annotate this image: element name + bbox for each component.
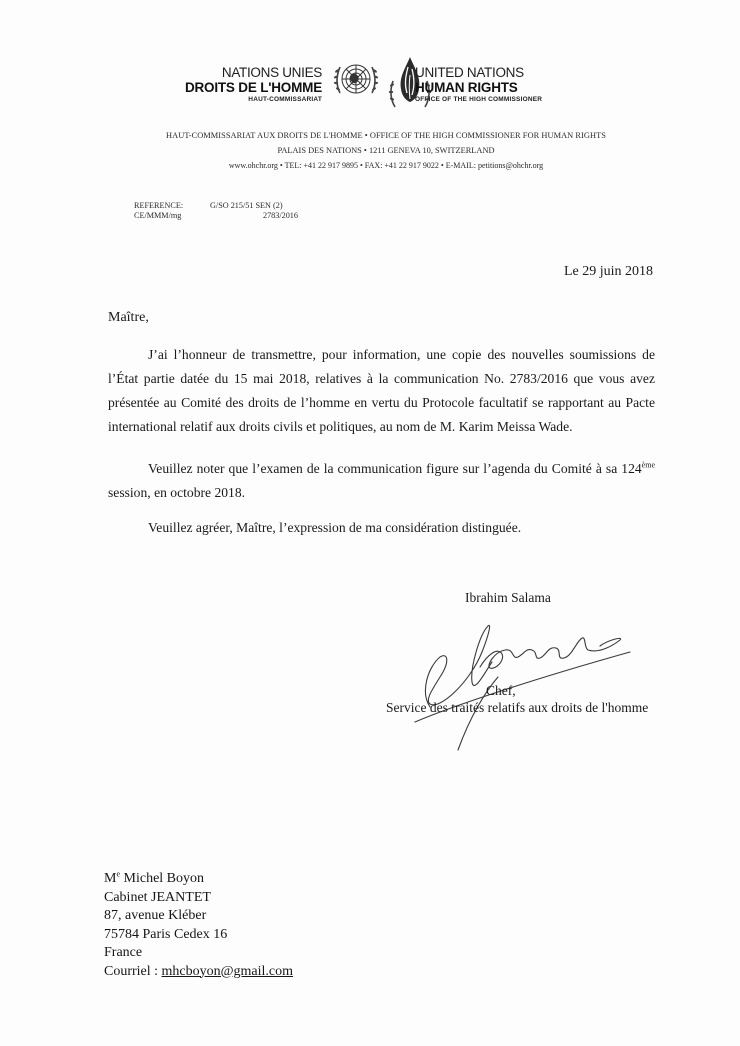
letterhead-en-line1: UNITED NATIONS [415, 66, 542, 80]
letterhead-en-line3: OFFICE OF THE HIGH COMMISSIONER [415, 97, 542, 104]
handwritten-signature-icon [410, 612, 650, 757]
signer-title: Chef, [486, 683, 516, 699]
reference-code: G/SO 215/51 SEN (2) [210, 201, 298, 211]
paragraph-2-text-end: session, en octobre 2018. [108, 485, 245, 500]
reference-initials: CE/MMM/mg [134, 211, 183, 221]
addressee-email-line: Courriel : mhcboyon@gmail.com [104, 963, 293, 982]
ordinal-suffix: ème [642, 460, 655, 469]
body-paragraph-3: Veuillez agréer, Maître, l’expression de… [108, 516, 655, 540]
addressee-country: France [104, 944, 293, 963]
letterhead-fr-line1: NATIONS UNIES [185, 66, 322, 80]
addressee-street: 87, avenue Kléber [104, 907, 293, 926]
salutation: Maître, [108, 310, 149, 326]
office-name: HAUT-COMMISSARIAT AUX DROITS DE L'HOMME … [0, 131, 740, 140]
addressee-name: Me Michel Boyon [104, 870, 293, 889]
addressee-firm: Cabinet JEANTET [104, 889, 293, 908]
letter-page: NATIONS UNIES DROITS DE L'HOMME HAUT-COM… [0, 0, 740, 1046]
signer-name: Ibrahim Salama [465, 590, 551, 606]
addressee-block: Me Michel Boyon Cabinet JEANTET 87, aven… [104, 870, 293, 981]
paragraph-2-text: Veuillez noter que l’examen de la commun… [148, 461, 642, 476]
reference-label: REFERENCE: [134, 201, 183, 211]
letterhead-en-line2: HUMAN RIGHTS [415, 81, 542, 95]
letterhead-fr-line2: DROITS DE L'HOMME [185, 81, 322, 95]
office-contact: www.ohchr.org • TEL: +41 22 917 9895 • F… [0, 161, 740, 170]
reference-labels: REFERENCE: CE/MMM/mg [134, 201, 183, 221]
letter-date: Le 29 juin 2018 [564, 264, 653, 280]
body-paragraph-1: J’ai l’honneur de transmettre, pour info… [108, 343, 655, 439]
addressee-title: M [104, 871, 116, 886]
reference-number: 2783/2016 [210, 211, 298, 221]
email-label: Courriel : [104, 964, 162, 979]
office-address: PALAIS DES NATIONS • 1211 GENEVA 10, SWI… [0, 146, 740, 155]
un-emblem-icon [332, 55, 380, 112]
signer-service: Service des traités relatifs aux droits … [386, 700, 648, 716]
letterhead-fr-line3: HAUT-COMMISSARIAT [185, 97, 322, 104]
letterhead-french: NATIONS UNIES DROITS DE L'HOMME HAUT-COM… [185, 66, 322, 104]
letterhead-english: UNITED NATIONS HUMAN RIGHTS OFFICE OF TH… [415, 66, 542, 104]
email-link[interactable]: mhcboyon@gmail.com [162, 964, 293, 979]
addressee-city: 75784 Paris Cedex 16 [104, 926, 293, 945]
reference-values: G/SO 215/51 SEN (2) 2783/2016 [210, 201, 298, 221]
body-paragraph-2: Veuillez noter que l’examen de la commun… [108, 457, 655, 505]
addressee-name-text: Michel Boyon [120, 871, 204, 886]
